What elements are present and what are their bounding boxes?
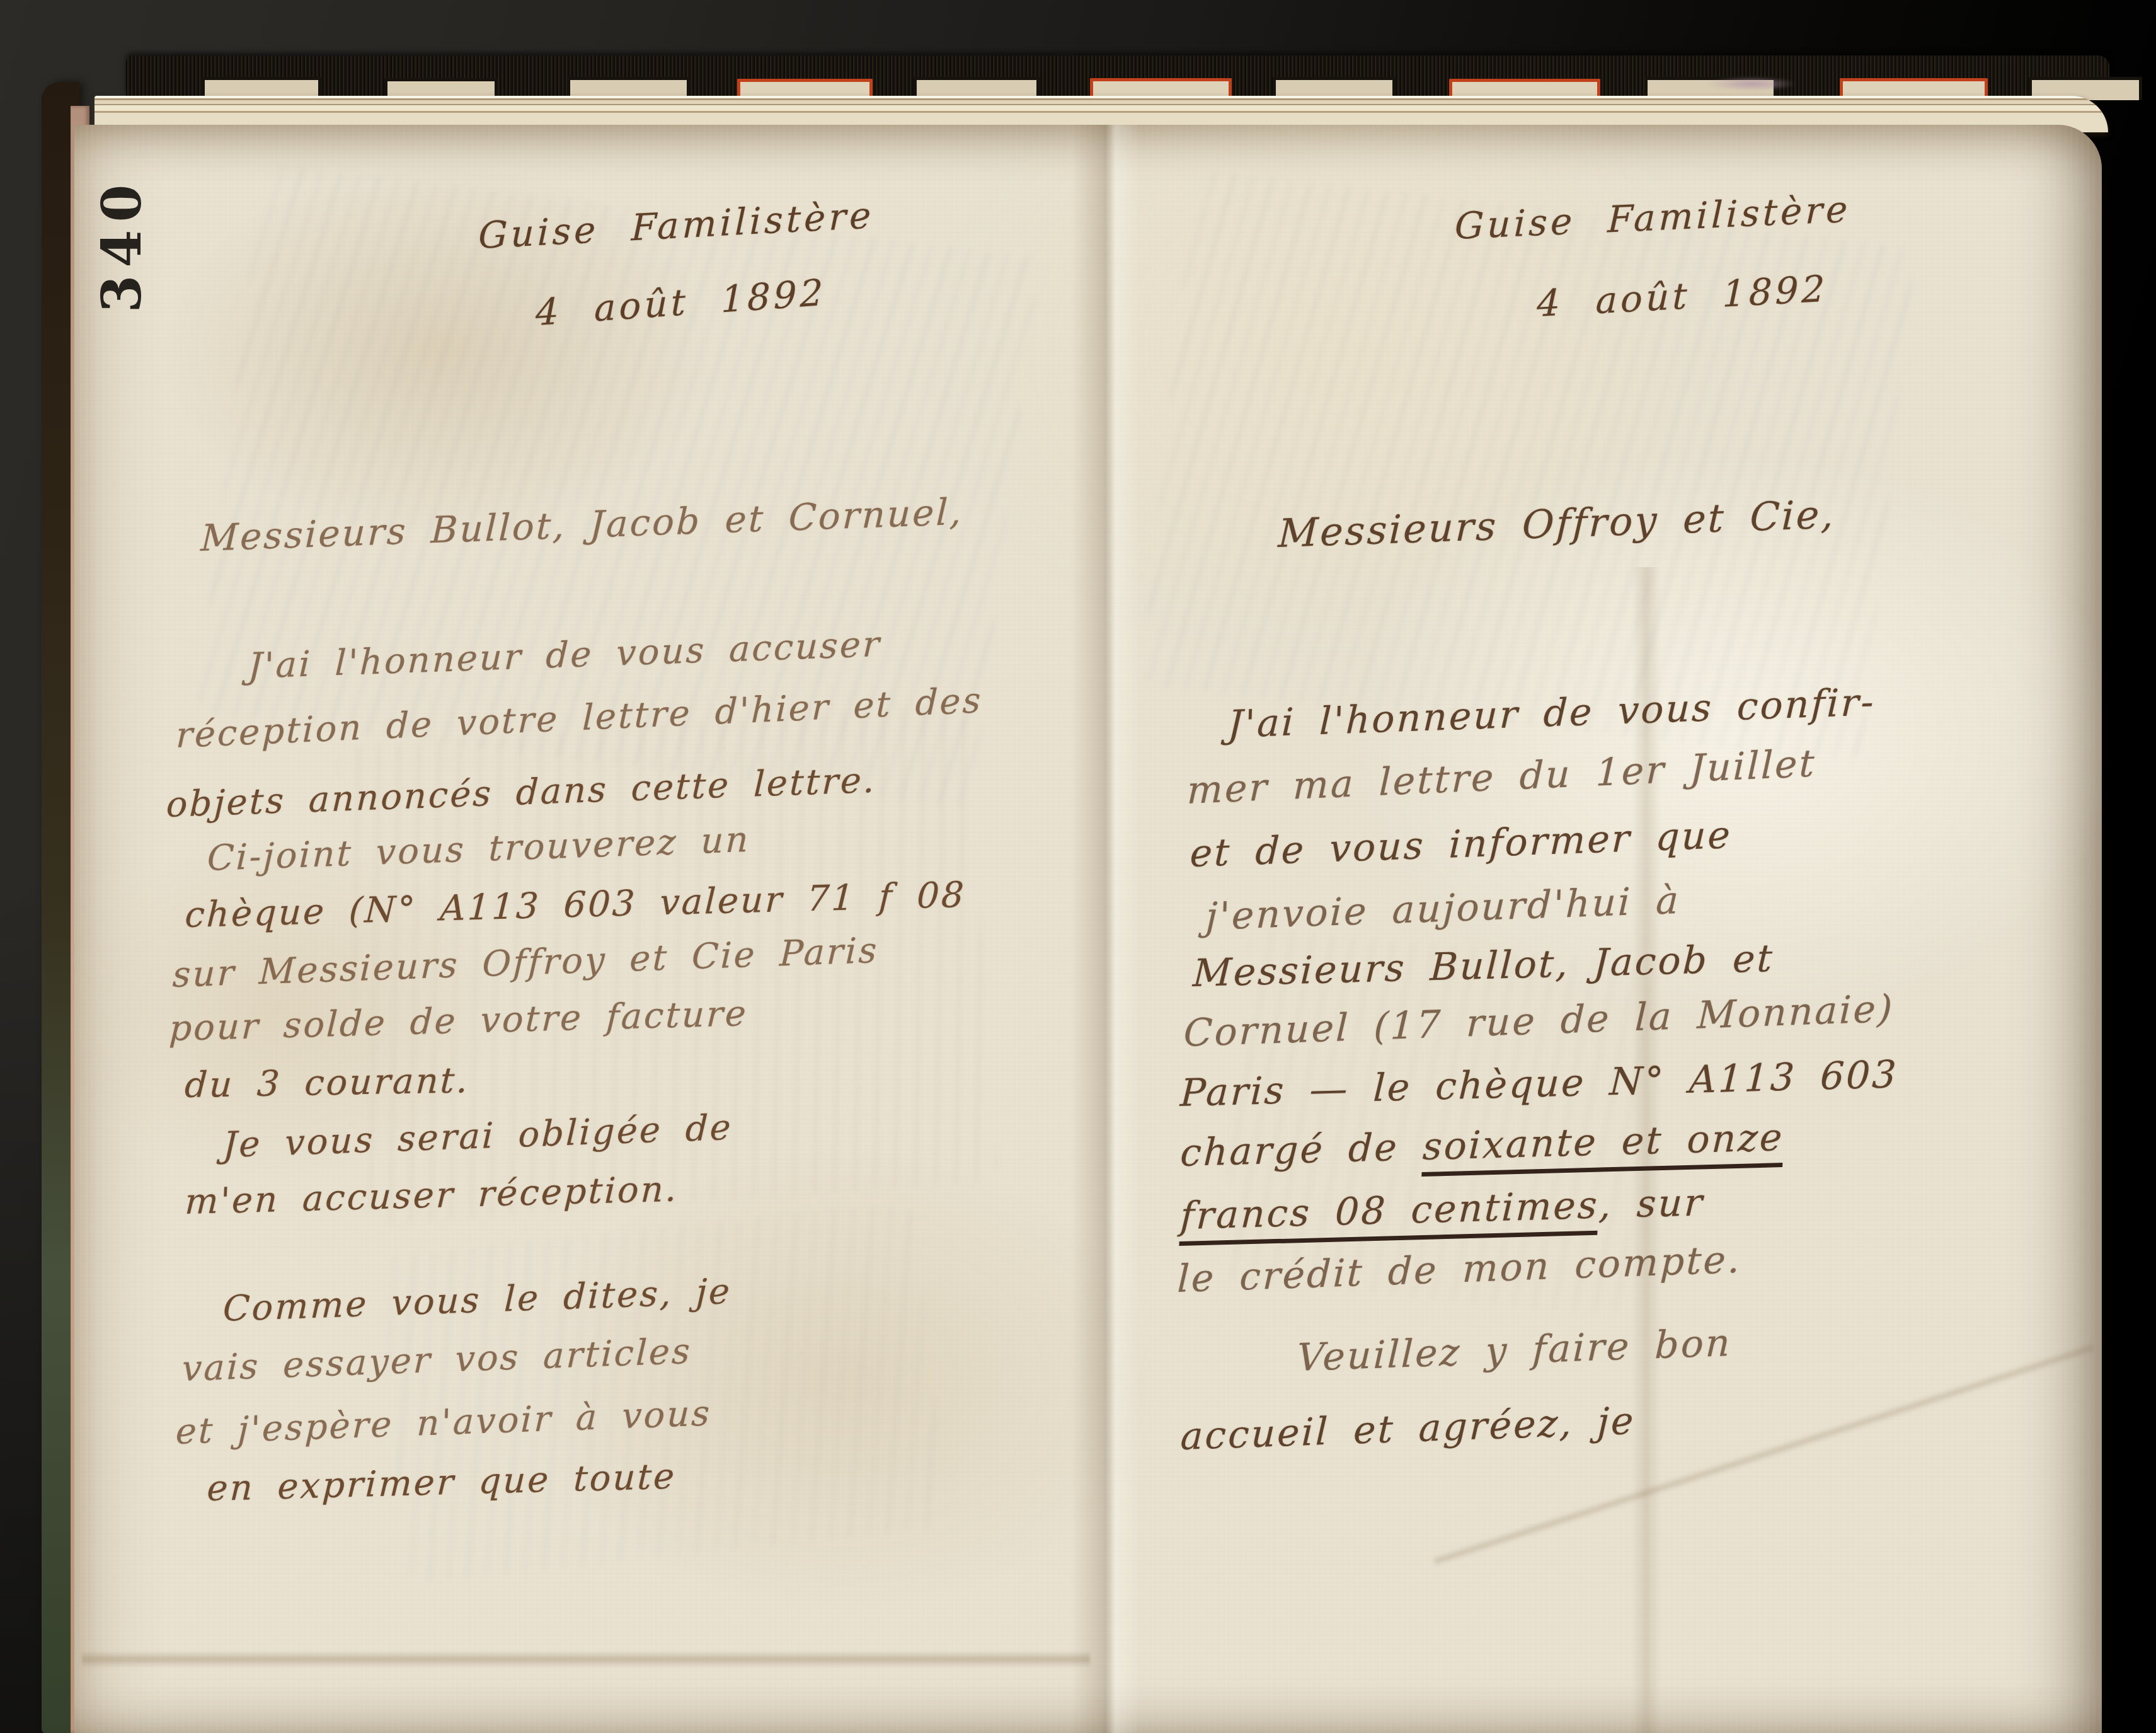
ink-showthrough <box>1140 171 1915 761</box>
amount-suffix: , sur <box>1598 1180 1705 1227</box>
folio-number: 340 <box>91 176 154 313</box>
amount-underlined-words: soixante et onze <box>1421 1115 1785 1177</box>
paper-crease <box>82 1651 1090 1667</box>
amount-prefix: chargé de <box>1179 1125 1424 1175</box>
folio-stamp: 340 <box>87 165 158 324</box>
amount-underlined-words: francs 08 centimes <box>1179 1183 1600 1246</box>
ink-showthrough <box>375 1201 948 1584</box>
tab-smudge <box>1692 74 1811 93</box>
center-fold <box>1071 125 1140 1733</box>
handwritten-line: du 3 courant. <box>184 1060 471 1106</box>
